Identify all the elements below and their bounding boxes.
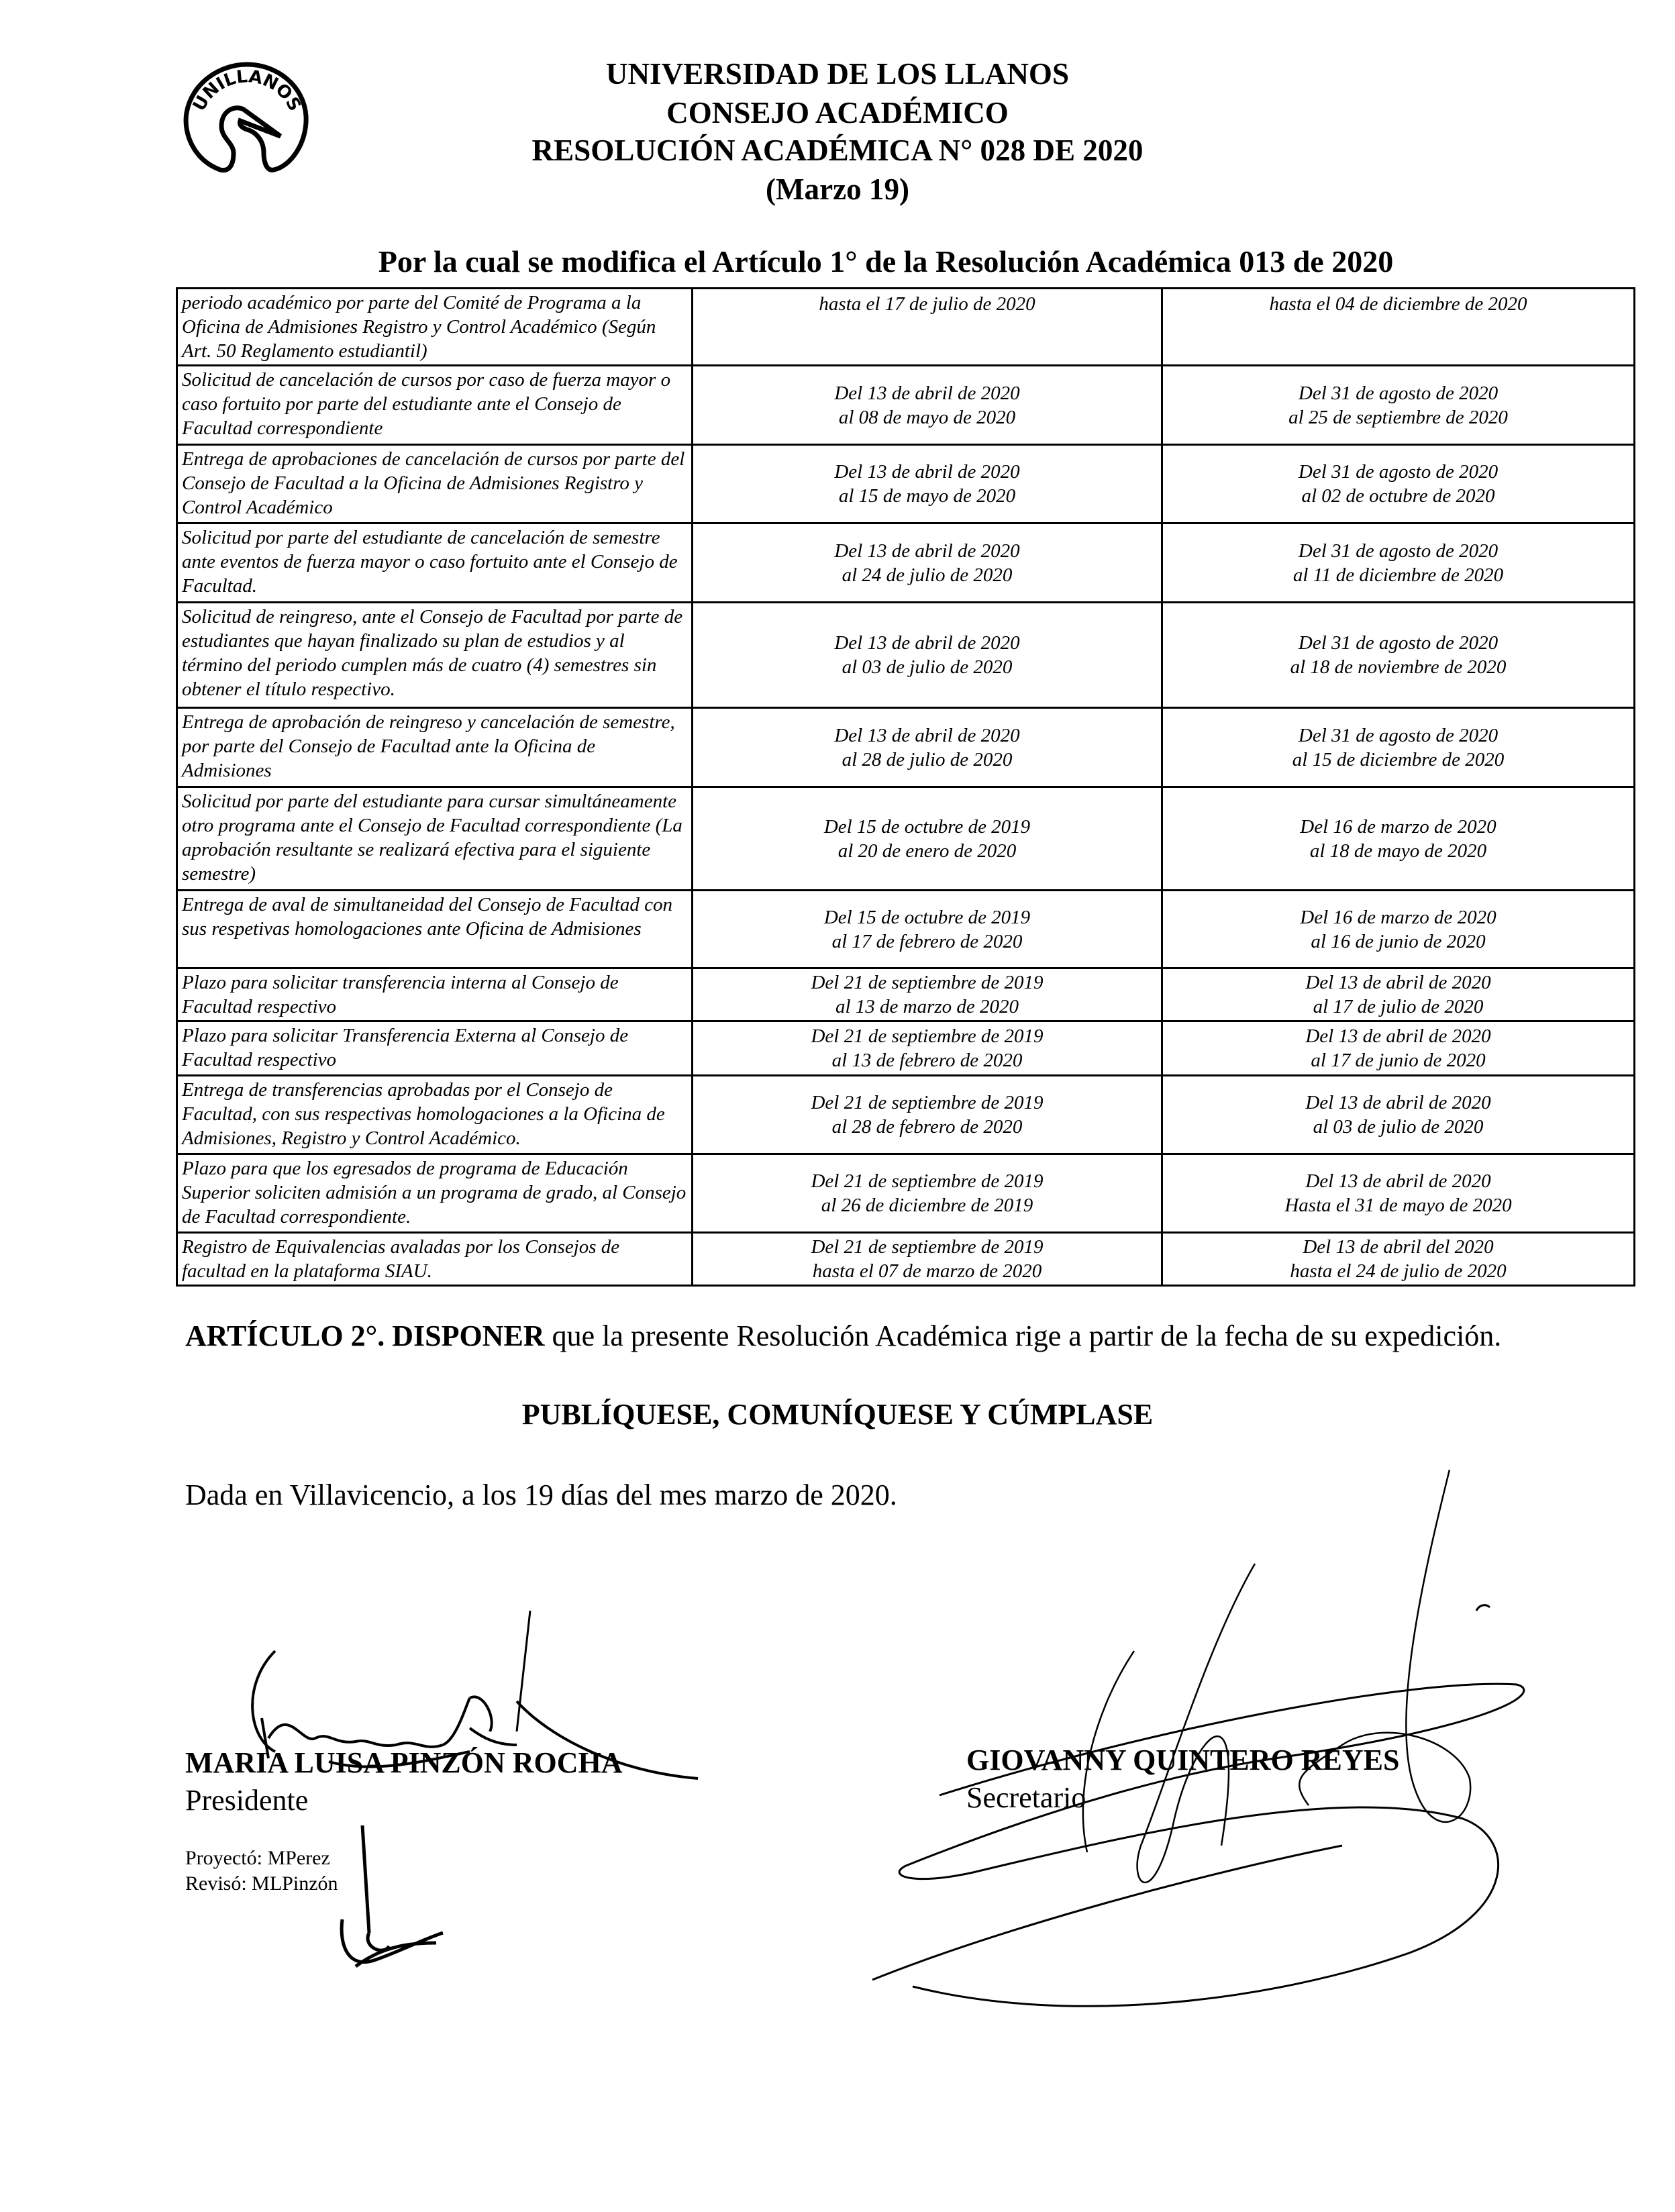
date-line: hasta el 24 de julio de 2020 — [1167, 1259, 1629, 1283]
first-period-cell: Del 13 de abril de 2020al 28 de julio de… — [693, 708, 1162, 787]
date-line: Del 16 de marzo de 2020 — [1167, 815, 1629, 839]
date-line: Del 13 de abril de 2020 — [1167, 1024, 1629, 1048]
first-period-cell: Del 21 de septiembre de 2019al 28 de feb… — [693, 1076, 1162, 1154]
first-period-cell: hasta el 17 de julio de 2020 — [693, 289, 1162, 366]
activity-cell: Entrega de aval de simultaneidad del Con… — [177, 891, 693, 968]
article-2-lead: ARTÍCULO 2°. DISPONER — [185, 1319, 545, 1352]
table-row: Plazo para que los egresados de programa… — [177, 1154, 1635, 1233]
secretary-name: GIOVANNY QUINTERO REYES — [966, 1742, 1399, 1778]
activity-cell: Solicitud por parte del estudiante de ca… — [177, 523, 693, 603]
date-line: al 17 de febrero de 2020 — [697, 929, 1157, 954]
date-line: Del 21 de septiembre de 2019 — [697, 1235, 1157, 1259]
date-line: al 28 de julio de 2020 — [697, 748, 1157, 772]
first-period-cell: Del 21 de septiembre de 2019al 13 de feb… — [693, 1021, 1162, 1076]
table-row: Solicitud de reingreso, ante el Consejo … — [177, 603, 1635, 708]
date-line: Del 13 de abril de 2020 — [1167, 1169, 1629, 1193]
date-line: al 28 de febrero de 2020 — [697, 1115, 1157, 1139]
activity-cell: periodo académico por parte del Comité d… — [177, 289, 693, 366]
table-row: Solicitud por parte del estudiante para … — [177, 787, 1635, 891]
date-line: Del 31 de agosto de 2020 — [1167, 539, 1629, 563]
second-period-cell: Del 31 de agosto de 2020al 11 de diciemb… — [1162, 523, 1635, 603]
date-line: al 02 de octubre de 2020 — [1167, 484, 1629, 508]
reviewed-by: Revisó: MLPinzón — [185, 1871, 338, 1897]
second-period-cell: Del 31 de agosto de 2020al 18 de noviemb… — [1162, 603, 1635, 708]
date-line: al 13 de febrero de 2020 — [697, 1048, 1157, 1072]
first-period-cell: Del 13 de abril de 2020al 24 de julio de… — [693, 523, 1162, 603]
date-line: Del 21 de septiembre de 2019 — [697, 1024, 1157, 1048]
date-line: al 17 de junio de 2020 — [1167, 1048, 1629, 1072]
table-row: periodo académico por parte del Comité d… — [177, 289, 1635, 366]
date-line: Hasta el 31 de mayo de 2020 — [1167, 1193, 1629, 1217]
president-role: Presidente — [185, 1782, 308, 1819]
date-line: al 25 de septiembre de 2020 — [1167, 405, 1629, 430]
table-row: Entrega de transferencias aprobadas por … — [177, 1076, 1635, 1154]
second-period-cell: Del 13 de abril de 2020Hasta el 31 de ma… — [1162, 1154, 1635, 1233]
date-line: Del 13 de abril de 2020 — [697, 539, 1157, 563]
second-period-cell: Del 31 de agosto de 2020al 02 de octubre… — [1162, 445, 1635, 523]
date-line: Del 13 de abril de 2020 — [1167, 1091, 1629, 1115]
table-row: Solicitud de cancelación de cursos por c… — [177, 366, 1635, 445]
credits: Proyectó: MPerez Revisó: MLPinzón — [185, 1846, 338, 1897]
reviewer-initials-icon — [329, 1812, 463, 1980]
projected-by: Proyectó: MPerez — [185, 1846, 338, 1871]
activity-cell: Solicitud por parte del estudiante para … — [177, 787, 693, 891]
second-period-cell: Del 16 de marzo de 2020al 18 de mayo de … — [1162, 787, 1635, 891]
date-line: Del 13 de abril de 2020 — [697, 631, 1157, 655]
date-line: Del 21 de septiembre de 2019 — [697, 1169, 1157, 1193]
date-line: Del 15 de octubre de 2019 — [697, 815, 1157, 839]
date-line: Del 31 de agosto de 2020 — [1167, 381, 1629, 405]
second-period-cell: Del 13 de abril de 2020al 03 de julio de… — [1162, 1076, 1635, 1154]
first-period-cell: Del 21 de septiembre de 2019al 26 de dic… — [693, 1154, 1162, 1233]
first-period-cell: Del 21 de septiembre de 2019al 13 de mar… — [693, 968, 1162, 1021]
date-line: Del 31 de agosto de 2020 — [1167, 723, 1629, 748]
table-row: Plazo para solicitar Transferencia Exter… — [177, 1021, 1635, 1076]
date-line: Del 31 de agosto de 2020 — [1167, 460, 1629, 484]
activity-cell: Registro de Equivalencias avaladas por l… — [177, 1233, 693, 1286]
institution-name: UNIVERSIDAD DE LOS LLANOS — [17, 55, 1658, 93]
date-line: al 18 de mayo de 2020 — [1167, 839, 1629, 863]
first-period-cell: Del 15 de octubre de 2019al 20 de enero … — [693, 787, 1162, 891]
date-line: al 18 de noviembre de 2020 — [1167, 655, 1629, 679]
date-line: Del 21 de septiembre de 2019 — [697, 970, 1157, 995]
activity-cell: Plazo para solicitar Transferencia Exter… — [177, 1021, 693, 1076]
academic-calendar-table: periodo académico por parte del Comité d… — [176, 287, 1635, 1287]
activity-cell: Solicitud de cancelación de cursos por c… — [177, 366, 693, 445]
secretary-role: Secretario — [966, 1780, 1086, 1816]
date-line: al 15 de diciembre de 2020 — [1167, 748, 1629, 772]
date-line: Del 31 de agosto de 2020 — [1167, 631, 1629, 655]
date-line: al 24 de julio de 2020 — [697, 563, 1157, 587]
table-row: Plazo para solicitar transferencia inter… — [177, 968, 1635, 1021]
date-line: Del 13 de abril del 2020 — [1167, 1235, 1629, 1259]
date-line: Del 13 de abril de 2020 — [1167, 970, 1629, 995]
date-line: al 03 de julio de 2020 — [1167, 1115, 1629, 1139]
second-period-cell: Del 31 de agosto de 2020al 15 de diciemb… — [1162, 708, 1635, 787]
activity-cell: Entrega de aprobaciones de cancelación d… — [177, 445, 693, 523]
table-row: Entrega de aprobaciones de cancelación d… — [177, 445, 1635, 523]
date-line: al 13 de marzo de 2020 — [697, 995, 1157, 1019]
first-period-cell: Del 21 de septiembre de 2019hasta el 07 … — [693, 1233, 1162, 1286]
resolution-title: RESOLUCIÓN ACADÉMICA N° 028 DE 2020 — [17, 132, 1658, 169]
date-line: Del 21 de septiembre de 2019 — [697, 1091, 1157, 1115]
second-period-cell: Del 16 de marzo de 2020al 16 de junio de… — [1162, 891, 1635, 968]
given-statement: Dada en Villavicencio, a los 19 días del… — [185, 1476, 897, 1514]
date-line: hasta el 04 de diciembre de 2020 — [1167, 292, 1629, 316]
publish-notice: PUBLÍQUESE, COMUNÍQUESE Y CÚMPLASE — [0, 1396, 1675, 1434]
date-line: Del 15 de octubre de 2019 — [697, 905, 1157, 929]
second-period-cell: Del 13 de abril del 2020hasta el 24 de j… — [1162, 1233, 1635, 1286]
table-row: Entrega de aprobación de reingreso y can… — [177, 708, 1635, 787]
activity-cell: Plazo para solicitar transferencia inter… — [177, 968, 693, 1021]
date-line: al 03 de julio de 2020 — [697, 655, 1157, 679]
activity-cell: Plazo para que los egresados de programa… — [177, 1154, 693, 1233]
activity-cell: Entrega de aprobación de reingreso y can… — [177, 708, 693, 787]
first-period-cell: Del 13 de abril de 2020al 15 de mayo de … — [693, 445, 1162, 523]
date-line: hasta el 07 de marzo de 2020 — [697, 1259, 1157, 1283]
date-line: Del 13 de abril de 2020 — [697, 723, 1157, 748]
table-row: Solicitud por parte del estudiante de ca… — [177, 523, 1635, 603]
resolution-date: (Marzo 19) — [17, 170, 1658, 208]
first-period-cell: Del 13 de abril de 2020al 08 de mayo de … — [693, 366, 1162, 445]
activity-cell: Solicitud de reingreso, ante el Consejo … — [177, 603, 693, 708]
council-name: CONSEJO ACADÉMICO — [17, 94, 1658, 132]
article-2: ARTÍCULO 2°. DISPONER que la presente Re… — [185, 1315, 1620, 1357]
resolution-subtitle: Por la cual se modifica el Artículo 1° d… — [315, 243, 1456, 281]
first-period-cell: Del 15 de octubre de 2019al 17 de febrer… — [693, 891, 1162, 968]
date-line: al 17 de julio de 2020 — [1167, 995, 1629, 1019]
date-line: al 20 de enero de 2020 — [697, 839, 1157, 863]
second-period-cell: Del 13 de abril de 2020al 17 de julio de… — [1162, 968, 1635, 1021]
second-period-cell: hasta el 04 de diciembre de 2020 — [1162, 289, 1635, 366]
date-line: Del 16 de marzo de 2020 — [1167, 905, 1629, 929]
table-row: Entrega de aval de simultaneidad del Con… — [177, 891, 1635, 968]
date-line: al 16 de junio de 2020 — [1167, 929, 1629, 954]
date-line: al 15 de mayo de 2020 — [697, 484, 1157, 508]
date-line: Del 13 de abril de 2020 — [697, 460, 1157, 484]
table-row: Registro de Equivalencias avaladas por l… — [177, 1233, 1635, 1286]
second-period-cell: Del 13 de abril de 2020al 17 de junio de… — [1162, 1021, 1635, 1076]
article-2-text: que la presente Resolución Académica rig… — [545, 1319, 1502, 1352]
president-name: MARIA LUISA PINZÓN ROCHA — [185, 1745, 623, 1781]
date-line: hasta el 17 de julio de 2020 — [697, 292, 1157, 316]
second-period-cell: Del 31 de agosto de 2020al 25 de septiem… — [1162, 366, 1635, 445]
date-line: al 11 de diciembre de 2020 — [1167, 563, 1629, 587]
first-period-cell: Del 13 de abril de 2020al 03 de julio de… — [693, 603, 1162, 708]
date-line: al 08 de mayo de 2020 — [697, 405, 1157, 430]
date-line: al 26 de diciembre de 2019 — [697, 1193, 1157, 1217]
activity-cell: Entrega de transferencias aprobadas por … — [177, 1076, 693, 1154]
date-line: Del 13 de abril de 2020 — [697, 381, 1157, 405]
